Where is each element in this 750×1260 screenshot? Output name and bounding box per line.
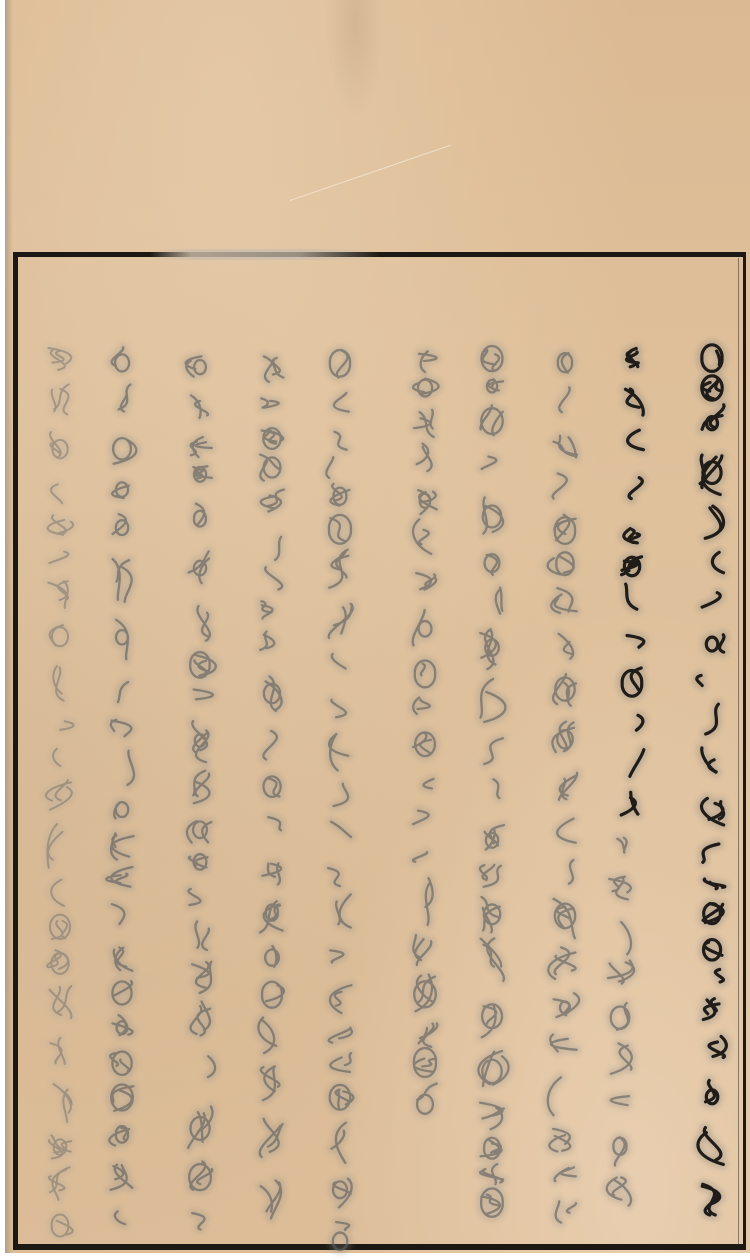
column-text: faint cursive kana (illegible) (320, 348, 360, 832)
column-text: faint cursive kana (illegible) (180, 350, 220, 834)
column-text: faint cursive kana (illegible) (600, 832, 640, 1141)
column-text: faint cursive kana (illegible) (405, 345, 445, 829)
column-text: 山へ入らんと相まちし歟 (612, 348, 652, 722)
text-column-2-continuation: faint cursive kana (illegible) (600, 832, 640, 1210)
text-column-1: きれてとあつけんあゝくいゝ人をもとめて見え (692, 348, 732, 1215)
column-text: faint cursive kana (illegible) (472, 345, 512, 829)
text-column-3: faint cursive kana (illegible) (545, 350, 585, 1225)
text-column-10: faint cursive kana (illegible) (40, 340, 80, 1240)
text-column-7: faint cursive kana (illegible) (252, 350, 292, 1225)
text-column-2: 山へ入らんと相まちし歟 (612, 348, 652, 815)
column-text: faint cursive kana (illegible) (102, 345, 142, 829)
text-column-6: faint cursive kana (illegible) (320, 348, 360, 1230)
column-text: faint cursive kana (illegible) (40, 340, 80, 824)
text-column-5: faint cursive kana (illegible) (405, 345, 445, 1100)
column-text: faint cursive kana (illegible) (545, 350, 585, 834)
text-column-4: faint cursive kana (illegible) (472, 345, 512, 1228)
column-text: きれてとあつけんあゝくいゝ人をもとめて見え (692, 348, 732, 1062)
column-text: faint cursive kana (illegible) (252, 350, 292, 834)
text-column-8: faint cursive kana (illegible) (180, 350, 220, 1230)
text-column-9: faint cursive kana (illegible) (102, 345, 142, 1230)
